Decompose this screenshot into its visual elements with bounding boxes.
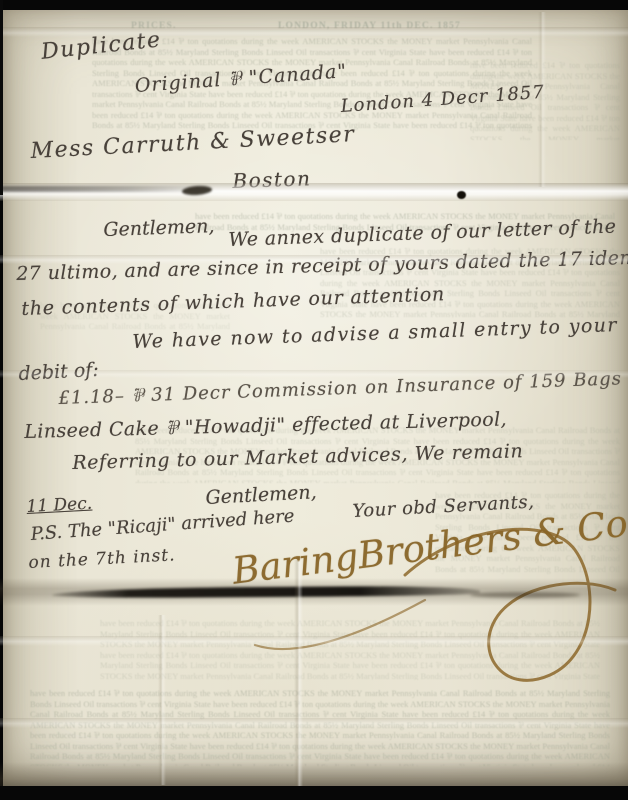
postscript-date: 11 Dec. bbox=[26, 494, 93, 517]
scanned-letter: PRICES. LONDON, FRIDAY 11th DEC. 1857 ha… bbox=[0, 0, 628, 800]
bleedthrough-header-right: LONDON, FRIDAY 11th DEC. 1857 bbox=[278, 21, 461, 31]
scan-border-bottom bbox=[0, 786, 628, 800]
scan-border-top bbox=[0, 0, 628, 10]
salutation: Gentlemen, bbox=[103, 215, 215, 241]
body-line: debit of: bbox=[18, 359, 99, 385]
recipient-city: Boston bbox=[232, 166, 312, 193]
